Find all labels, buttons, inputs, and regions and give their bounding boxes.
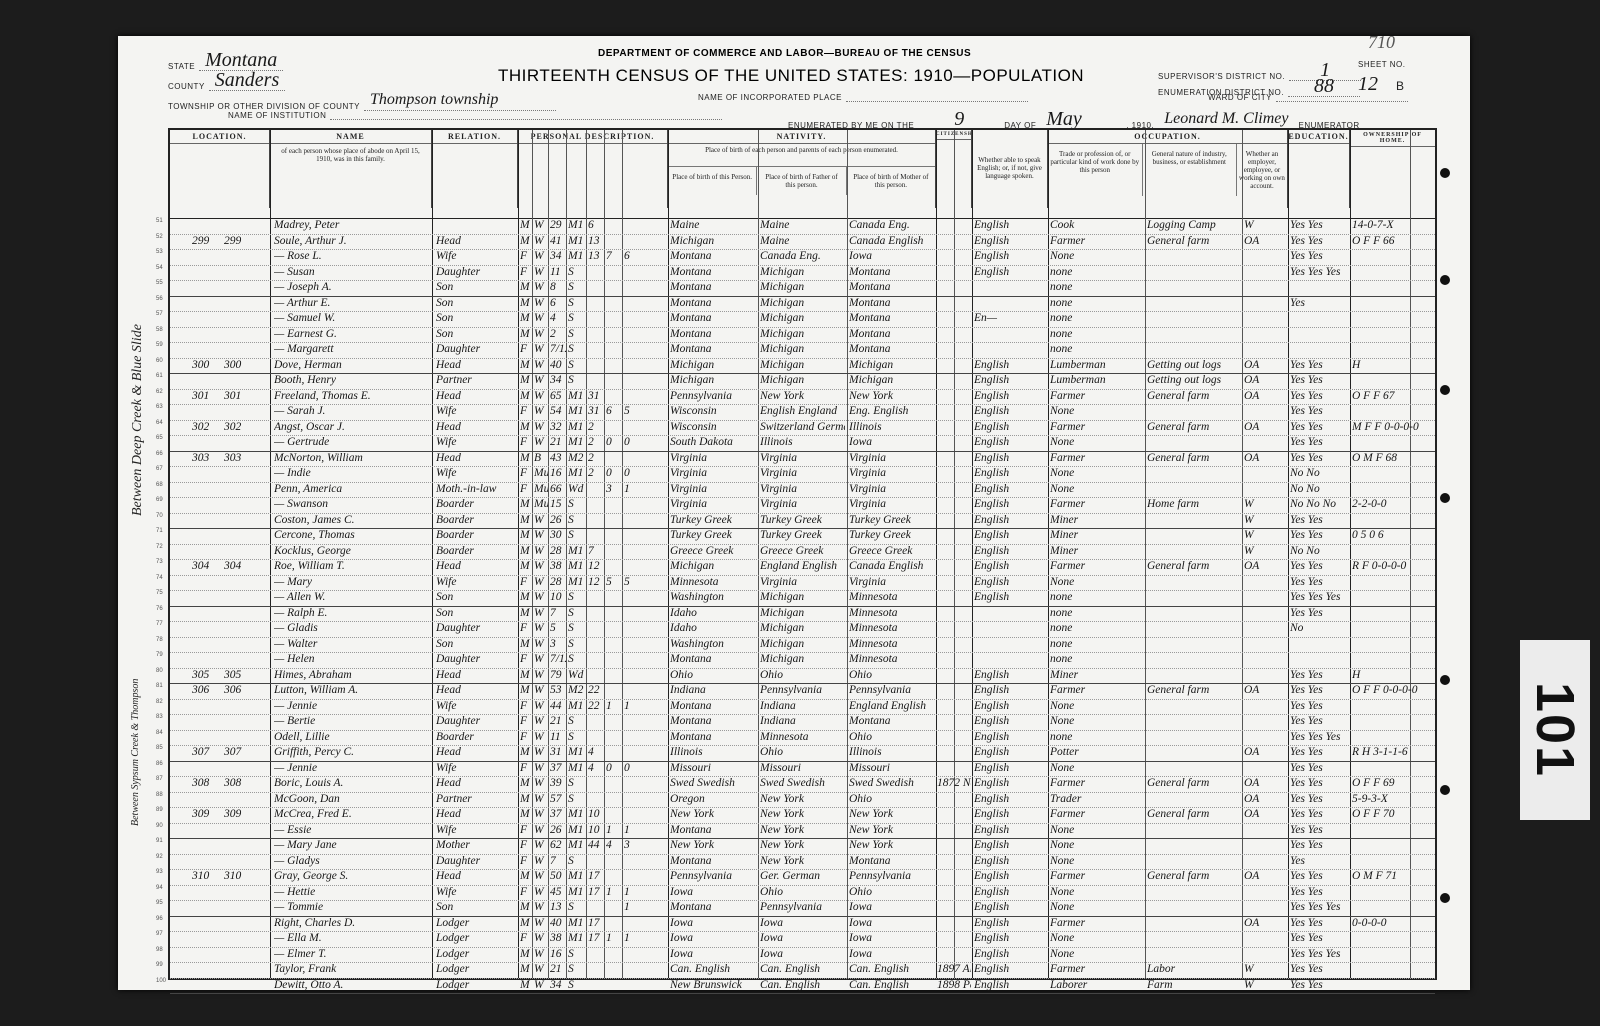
cell-ms: M1 [568,559,586,574]
cell-fam [224,854,252,869]
cell-liv [624,311,638,326]
cell-fam [224,373,252,388]
table-row: 82— JennieWifeFW44M12211MontanaIndianaEn… [170,699,1435,716]
cell-rel: Boarder [436,544,516,559]
cell-occ: none [1050,621,1143,636]
cell-lang [974,637,1046,652]
cell-cit [937,947,971,962]
cell-rel: Head [436,451,516,466]
cell-emp [1244,900,1286,915]
line-number: 99 [156,962,163,968]
cell-race: W [534,947,548,962]
cell-pob: Idaho [670,606,756,621]
cell-age: 34 [550,373,566,388]
cell-edu: Yes Yes [1290,404,1348,419]
cell-rel [436,218,516,233]
cell-sex: F [520,466,532,481]
cell-name: McCrea, Fred E. [274,807,430,822]
line-number: 55 [156,280,163,286]
cell-ms: M1 [568,389,586,404]
cell-dw [192,900,220,915]
cell-age: 7 [550,854,566,869]
line-number: 82 [156,699,163,705]
cell-fam [224,296,252,311]
line-number: 76 [156,606,163,612]
cell-pob: Montana [670,296,756,311]
cell-cit [937,575,971,590]
cell-yrs [588,962,604,977]
cell-liv [624,978,638,993]
line-number: 65 [156,435,163,441]
cell-cit [937,916,971,931]
cell-pob: Montana [670,823,756,838]
cell-ind [1147,590,1240,605]
cell-occ: None [1050,699,1143,714]
state-field: STATE Montana [168,50,283,71]
cell-ms: Wd [568,668,586,683]
cell-edu: Yes Yes [1290,776,1348,791]
cell-sex: M [520,544,532,559]
cell-liv: 0 [624,466,638,481]
cell-lang: English [974,947,1046,962]
cell-ms: S [568,792,586,807]
cell-emp [1244,590,1286,605]
cell-race: W [534,900,548,915]
cell-name: — Elmer T. [274,947,430,962]
cell-ind: General farm [1147,389,1240,404]
cell-emp: OA [1244,420,1286,435]
cell-emp [1244,885,1286,900]
table-row: 81306306Lutton, William A.HeadMW53M222In… [170,683,1435,700]
cell-age: 15 [550,497,566,512]
cell-name: Coston, James C. [274,513,430,528]
cell-pobf: Michigan [760,358,845,373]
cell-edu: Yes Yes [1290,606,1348,621]
cell-cit [937,280,971,295]
cell-cit: 1898 Pa [937,978,971,993]
state-value: Montana [199,50,283,71]
cell-yrs [588,327,604,342]
cell-sex: F [520,621,532,636]
cell-edu: Yes Yes [1290,761,1348,776]
line-number: 91 [156,838,163,844]
cell-race: W [534,931,548,946]
cell-cit [937,342,971,357]
cell-sex: F [520,342,532,357]
cell-born [606,389,620,404]
cell-sex: M [520,497,532,512]
cell-fam: 304 [224,559,252,574]
cell-race: W [534,683,548,698]
table-row: 98— Elmer T.LodgerMW16SIowaIowaIowaEngli… [170,947,1435,964]
cell-age: 13 [550,900,566,915]
cell-emp [1244,621,1286,636]
cell-yrs: 31 [588,389,604,404]
cell-cit [937,435,971,450]
cell-age: 66 [550,482,566,497]
cell-occ: none [1050,265,1143,280]
cell-emp: W [1244,497,1286,512]
cell-dw [192,761,220,776]
table-row: 58— Earnest G.SonMW2SMontanaMichiganMont… [170,327,1435,344]
cell-emp [1244,296,1286,311]
line-number: 92 [156,854,163,860]
line-number: 80 [156,668,163,674]
cell-pob: Washington [670,637,756,652]
cell-occ: Farmer [1050,420,1143,435]
cell-name: Booth, Henry [274,373,430,388]
cell-edu: Yes Yes [1290,559,1348,574]
cell-rel: Son [436,280,516,295]
table-row: 68Penn, AmericaMoth.-in-lawFMu66Wd31Virg… [170,482,1435,499]
cell-rel: Head [436,668,516,683]
cell-lang: English [974,761,1046,776]
cell-rel: Boarder [436,730,516,745]
cell-dw [192,265,220,280]
cell-lang: English [974,590,1046,605]
cell-name: Gray, George S. [274,869,430,884]
cell-age: 50 [550,869,566,884]
cell-ind: General farm [1147,869,1240,884]
cell-yrs: 4 [588,761,604,776]
cell-emp: OA [1244,559,1286,574]
cell-pobm: Iowa [849,916,934,931]
cell-ms: S [568,265,586,280]
cell-sex: F [520,482,532,497]
cell-pobm: Virginia [849,466,934,481]
table-row: 62301301Freeland, Thomas E.HeadMW65M131P… [170,389,1435,406]
cell-pobf: Michigan [760,327,845,342]
cell-pobm: Montana [849,854,934,869]
cell-emp [1244,342,1286,357]
cell-edu: Yes Yes [1290,962,1348,977]
cell-name: — Mary [274,575,430,590]
cell-edu: No No No [1290,497,1348,512]
cell-cit [937,249,971,264]
cell-edu: Yes Yes [1290,916,1348,931]
cell-cit [937,404,971,419]
cell-occ: None [1050,931,1143,946]
cell-own [1352,606,1432,621]
cell-edu [1290,311,1348,326]
cell-ind [1147,280,1240,295]
cell-lang: English [974,497,1046,512]
cell-rel: Lodger [436,931,516,946]
cell-emp: W [1244,528,1286,543]
cell-lang: English [974,358,1046,373]
sheet-side: B [1396,79,1405,93]
cell-sex: M [520,218,532,233]
cell-pobf: Virginia [760,466,845,481]
header-personal: PERSONAL DESCRIPTION. [518,130,668,208]
line-number: 67 [156,466,163,472]
cell-rel: Head [436,389,516,404]
cell-ind [1147,885,1240,900]
cell-lang [974,327,1046,342]
cell-rel: Head [436,358,516,373]
cell-sex: M [520,280,532,295]
cell-pobf: New York [760,389,845,404]
cell-own [1352,947,1432,962]
cell-pobm: Missouri [849,761,934,776]
table-row: 61Booth, HenryPartnerMW34SMichiganMichig… [170,373,1435,390]
cell-ind [1147,699,1240,714]
cell-ind [1147,327,1240,342]
cell-cit [937,761,971,776]
binder-hole [1440,785,1450,795]
cell-cit [937,451,971,466]
cell-lang: English [974,823,1046,838]
cell-born [606,420,620,435]
cell-occ: Potter [1050,745,1143,760]
cell-lang: English [974,978,1046,993]
cell-occ: Cook [1050,218,1143,233]
cell-fam: 309 [224,807,252,822]
cell-lang [974,296,1046,311]
header-occupation: OCCUPATION. Trade or profession of, or p… [1048,130,1288,208]
cell-occ: None [1050,823,1143,838]
cell-ind [1147,466,1240,481]
cell-rel: Wife [436,823,516,838]
cell-liv: 5 [624,575,638,590]
table-row: 69— SwansonBoarderMMu15SVirginiaVirginia… [170,497,1435,514]
cell-edu [1290,327,1348,342]
cell-liv [624,947,638,962]
cell-own [1352,637,1432,652]
cell-dw [192,854,220,869]
cell-ms: S [568,342,586,357]
cell-lang: English [974,575,1046,590]
cell-rel: Boarder [436,528,516,543]
cell-emp [1244,311,1286,326]
cell-age: 38 [550,559,566,574]
cell-race: W [534,559,548,574]
cell-pob: Indiana [670,683,756,698]
cell-age: 65 [550,389,566,404]
cell-age: 11 [550,730,566,745]
cell-fam [224,528,252,543]
cell-yrs [588,637,604,652]
cell-ind [1147,730,1240,745]
cell-emp [1244,730,1286,745]
cell-rel: Head [436,869,516,884]
cell-dw [192,714,220,729]
cell-edu: Yes Yes [1290,513,1348,528]
cell-pobf: Michigan [760,590,845,605]
cell-ms: M1 [568,466,586,481]
cell-rel: Boarder [436,513,516,528]
cell-race: W [534,575,548,590]
cell-race: W [534,823,548,838]
cell-name: Soule, Arthur J. [274,234,430,249]
cell-liv [624,776,638,791]
cell-name: — Gertrude [274,435,430,450]
cell-dw [192,482,220,497]
cell-own: O F F 66 [1352,234,1432,249]
cell-rel: Head [436,683,516,698]
cell-pob: Montana [670,311,756,326]
cell-age: 40 [550,916,566,931]
cell-dw [192,280,220,295]
cell-cit [937,389,971,404]
cell-pobf: Indiana [760,714,845,729]
cell-emp [1244,575,1286,590]
cell-name: — Joseph A. [274,280,430,295]
cell-pob: New York [670,838,756,853]
cell-sex: M [520,296,532,311]
cell-race: W [534,885,548,900]
cell-pob: Montana [670,652,756,667]
cell-born [606,528,620,543]
cell-lang [974,606,1046,621]
cell-sex: F [520,931,532,946]
cell-lang: English [974,404,1046,419]
line-number: 72 [156,544,163,550]
cell-ms: S [568,621,586,636]
cell-sex: M [520,327,532,342]
table-row: 67— IndieWifeFMu16M1200VirginiaVirginiaV… [170,466,1435,483]
line-number: 62 [156,389,163,395]
cell-sex: F [520,823,532,838]
cell-race: W [534,389,548,404]
cell-cit [937,931,971,946]
cell-yrs: 12 [588,559,604,574]
cell-yrs: 17 [588,931,604,946]
cell-lang [974,342,1046,357]
cell-pob: Can. English [670,962,756,977]
incorporated-place-field: NAME OF INCORPORATED PLACE [698,93,1028,102]
cell-age: 57 [550,792,566,807]
cell-name: — Arthur E. [274,296,430,311]
line-number: 68 [156,482,163,488]
table-row: 78— WalterSonMW3SWashingtonMichiganMinne… [170,637,1435,654]
cell-occ: Farmer [1050,451,1143,466]
cell-rel: Lodger [436,947,516,962]
cell-age: 2 [550,327,566,342]
cell-cit [937,482,971,497]
cell-race: Mu [534,482,548,497]
cell-cit [937,420,971,435]
cell-born: 6 [606,404,620,419]
page-title: THIRTEENTH CENSUS OF THE UNITED STATES: … [498,66,1084,86]
cell-yrs [588,714,604,729]
cell-cit [937,373,971,388]
cell-pobf: Ohio [760,668,845,683]
cell-liv [624,714,638,729]
cell-fam [224,249,252,264]
cell-race: W [534,776,548,791]
cell-cit [937,513,971,528]
cell-pobf: Greece Greek [760,544,845,559]
cell-race: W [534,544,548,559]
cell-liv [624,745,638,760]
cell-lang: English [974,218,1046,233]
cell-lang [974,280,1046,295]
cell-pobf: Missouri [760,761,845,776]
cell-age: 21 [550,435,566,450]
cell-ms: S [568,373,586,388]
cell-emp [1244,714,1286,729]
cell-dw [192,404,220,419]
cell-cit [937,466,971,481]
cell-occ: Lumberman [1050,358,1143,373]
cell-yrs [588,854,604,869]
cell-rel: Head [436,559,516,574]
line-number: 52 [156,234,163,240]
cell-ind [1147,792,1240,807]
line-number: 64 [156,420,163,426]
line-number: 69 [156,497,163,503]
binder-hole [1440,675,1450,685]
cell-yrs [588,280,604,295]
cell-emp [1244,637,1286,652]
cell-own [1352,466,1432,481]
cell-own [1352,544,1432,559]
cell-pobm: England English [849,699,934,714]
cell-rel: Wife [436,699,516,714]
cell-born: 1 [606,699,620,714]
cell-cit [937,652,971,667]
table-row: 87308308Boric, Louis A.HeadMW39SSwed Swe… [170,776,1435,793]
cell-cit [937,792,971,807]
cell-liv [624,559,638,574]
cell-race: W [534,606,548,621]
cell-fam [224,947,252,962]
cell-born [606,714,620,729]
cell-emp: OA [1244,234,1286,249]
cell-edu: Yes Yes [1290,869,1348,884]
cell-cit [937,234,971,249]
cell-sex: F [520,761,532,776]
cell-race: W [534,916,548,931]
cell-yrs: 2 [588,420,604,435]
cell-pobf: Indiana [760,699,845,714]
cell-born [606,358,620,373]
cell-pobf: England English [760,559,845,574]
cell-emp [1244,606,1286,621]
cell-liv: 0 [624,435,638,450]
cell-own [1352,730,1432,745]
cell-pobf: Pennsylvania [760,900,845,915]
cell-emp [1244,931,1286,946]
table-row: 96Right, Charles D.LodgerMW40M117IowaIow… [170,916,1435,933]
cell-own: O F F 70 [1352,807,1432,822]
binder-hole [1440,168,1450,178]
table-row: 89309309McCrea, Fred E.HeadMW37M110New Y… [170,807,1435,824]
cell-own [1352,280,1432,295]
cell-yrs: 12 [588,575,604,590]
cell-ind [1147,311,1240,326]
cell-ind [1147,668,1240,683]
cell-born [606,916,620,931]
cell-age: 16 [550,947,566,962]
cell-liv [624,342,638,357]
cell-emp [1244,699,1286,714]
cell-pobm: Iowa [849,900,934,915]
cell-pobf: New York [760,807,845,822]
cell-lang: English [974,451,1046,466]
cell-ind [1147,482,1240,497]
cell-edu: Yes Yes [1290,683,1348,698]
cell-age: 21 [550,714,566,729]
cell-yrs [588,621,604,636]
cell-race: W [534,854,548,869]
cell-fam [224,761,252,776]
cell-race: W [534,637,548,652]
cell-pobm: Montana [849,327,934,342]
cell-own [1352,590,1432,605]
table-row: 83— BertieDaughterFW21SMontanaIndianaMon… [170,714,1435,731]
